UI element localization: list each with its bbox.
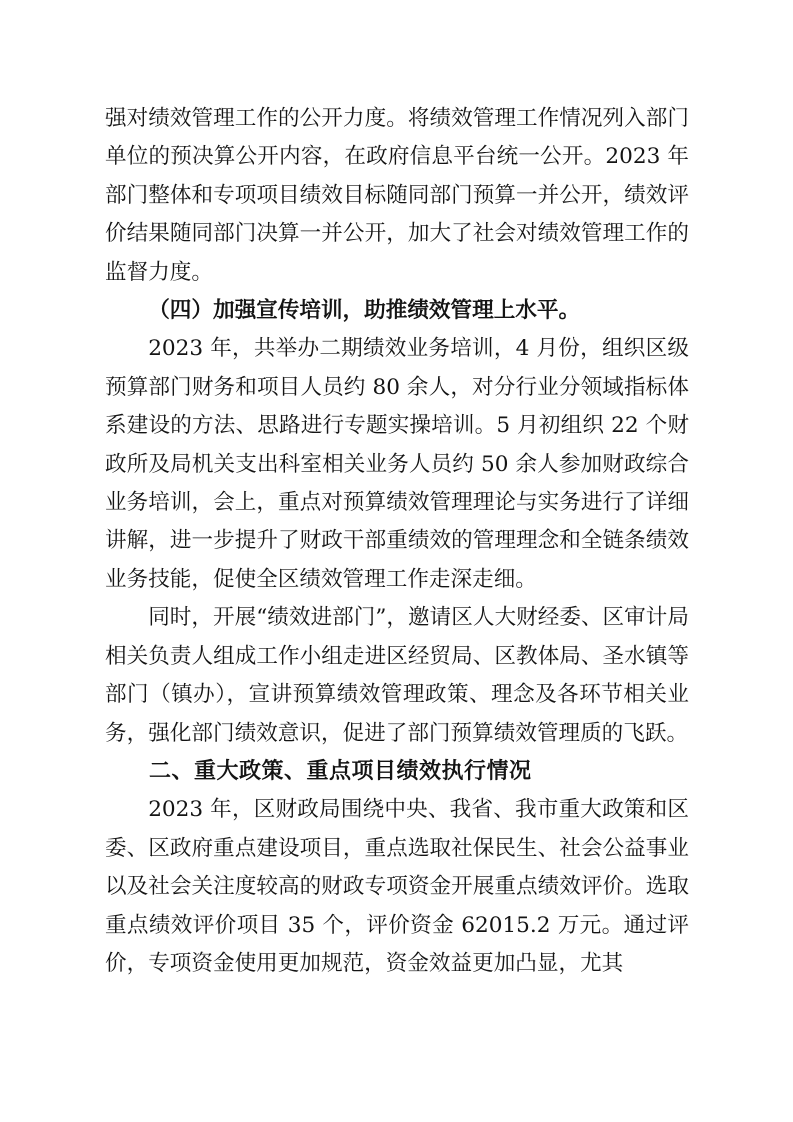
paragraph-disclosure-continuation: 强对绩效管理工作的公开力度。将绩效管理工作情况列入部门单位的预决算公开内容，在政… [105, 100, 689, 292]
paragraph-training-sessions: 2023 年，共举办二期绩效业务培训，4 月份，组织区级预算部门财务和项目人员约… [105, 330, 689, 599]
document-text-block: 强对绩效管理工作的公开力度。将绩效管理工作情况列入部门单位的预决算公开内容，在政… [105, 100, 689, 983]
paragraph-key-performance-evaluation: 2023 年，区财政局围绕中央、我省、我市重大政策和区委、区政府重点建设项目，重… [105, 791, 689, 983]
subsection-heading-training: （四）加强宣传培训，助推绩效管理上水平。 [105, 292, 689, 330]
document-page: 强对绩效管理工作的公开力度。将绩效管理工作情况列入部门单位的预决算公开内容，在政… [0, 0, 793, 1122]
section-heading-major-policy-projects: 二、重大政策、重点项目绩效执行情况 [105, 753, 689, 791]
paragraph-performance-into-departments: 同时，开展“绩效进部门”，邀请区人大财经委、区审计局相关负责人组成工作小组走进区… [105, 599, 689, 753]
